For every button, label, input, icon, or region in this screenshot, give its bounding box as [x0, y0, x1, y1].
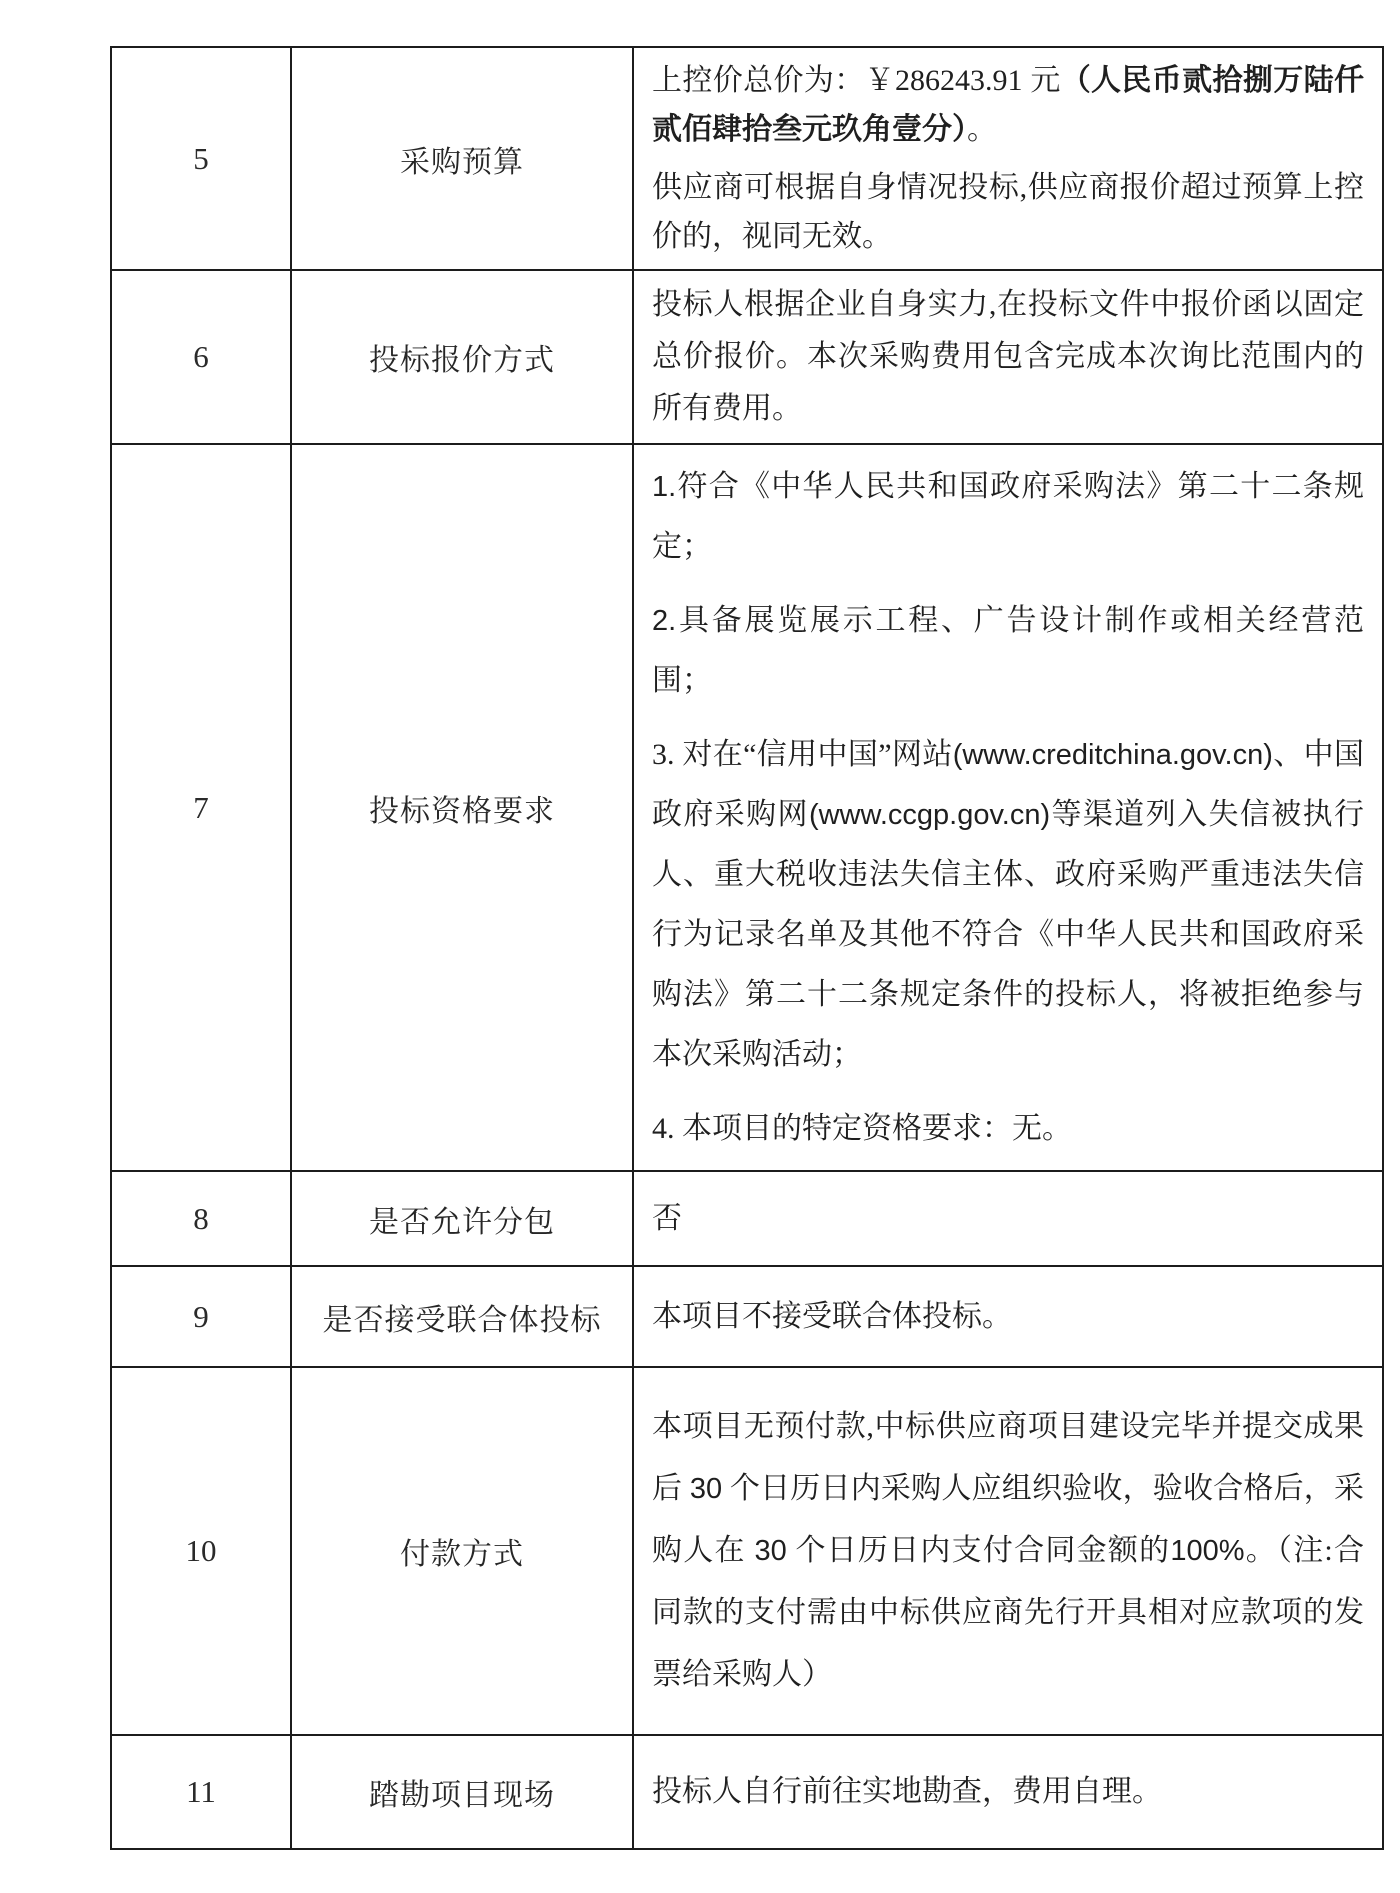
- row-label-cell: 投标报价方式: [291, 270, 633, 444]
- text-segment: 具备展览展示工程、广告设计制作或相关经营范围；: [652, 604, 1364, 697]
- content-paragraph: 1.符合《中华人民共和国政府采购法》第二十二条规定；: [652, 457, 1364, 577]
- table-row: 7投标资格要求1.符合《中华人民共和国政府采购法》第二十二条规定；2.具备展览展…: [111, 444, 1383, 1171]
- text-segment: 否: [652, 1202, 682, 1235]
- row-content-cell: 上控价总价为：￥286243.91 元（人民币贰拾捌万陆仟贰佰肆拾叁元玖角壹分）…: [633, 47, 1383, 270]
- text-segment: 30: [690, 1473, 722, 1505]
- row-number-cell: 5: [111, 47, 291, 270]
- text-segment: 30: [754, 1535, 786, 1567]
- table-body: 5采购预算上控价总价为：￥286243.91 元（人民币贰拾捌万陆仟贰佰肆拾叁元…: [111, 47, 1383, 1849]
- text-segment: 本项目不接受联合体投标。: [652, 1300, 1012, 1333]
- row-number-cell: 8: [111, 1171, 291, 1266]
- row-number-cell: 7: [111, 444, 291, 1171]
- content-paragraph: 供应商可根据自身情况投标,供应商报价超过预算上控价的，视同无效。: [652, 163, 1364, 261]
- text-segment: 符合《中华人民共和国政府采购法》第二十二条规定；: [652, 470, 1364, 563]
- row-label-cell: 投标资格要求: [291, 444, 633, 1171]
- row-number-cell: 9: [111, 1266, 291, 1367]
- text-segment: 4. 本项目的特定资格要求：无。: [652, 1112, 1072, 1145]
- row-label-cell: 踏勘项目现场: [291, 1735, 633, 1849]
- row-number-cell: 6: [111, 270, 291, 444]
- text-segment: 3. 对在“信用中国”网站: [652, 738, 953, 771]
- text-segment: 投标人自行前往实地勘查，费用自理。: [652, 1775, 1162, 1808]
- content-paragraph: 2.具备展览展示工程、广告设计制作或相关经营范围；: [652, 591, 1364, 711]
- table-row: 10付款方式本项目无预付款,中标供应商项目建设完毕并提交成果后 30 个日历日内…: [111, 1367, 1383, 1735]
- row-content-cell: 否: [633, 1171, 1383, 1266]
- text-segment: 投标人根据企业自身实力,在投标文件中报价函以固定总价报价。本次采购费用包含完成本…: [652, 288, 1364, 425]
- text-segment: 上控价总价为：￥286243.91 元: [652, 64, 1061, 97]
- content-paragraph: 投标人根据企业自身实力,在投标文件中报价函以固定总价报价。本次采购费用包含完成本…: [652, 279, 1364, 435]
- content-paragraph: 3. 对在“信用中国”网站(www.creditchina.gov.cn)、中国…: [652, 725, 1364, 1085]
- row-number-cell: 10: [111, 1367, 291, 1735]
- table-row: 6投标报价方式投标人根据企业自身实力,在投标文件中报价函以固定总价报价。本次采购…: [111, 270, 1383, 444]
- content-paragraph: 上控价总价为：￥286243.91 元（人民币贰拾捌万陆仟贰佰肆拾叁元玖角壹分）…: [652, 56, 1364, 154]
- text-segment: 1.: [652, 471, 676, 503]
- row-content-cell: 本项目无预付款,中标供应商项目建设完毕并提交成果后 30 个日历日内采购人应组织…: [633, 1367, 1383, 1735]
- text-segment: (www.creditchina.gov.cn): [953, 739, 1273, 771]
- text-segment: 个日历日内支付合同金额的: [787, 1534, 1171, 1567]
- table-row: 9是否接受联合体投标本项目不接受联合体投标。: [111, 1266, 1383, 1367]
- row-content-cell: 投标人自行前往实地勘查，费用自理。: [633, 1735, 1383, 1849]
- table-row: 5采购预算上控价总价为：￥286243.91 元（人民币贰拾捌万陆仟贰佰肆拾叁元…: [111, 47, 1383, 270]
- text-segment: 供应商可根据自身情况投标,供应商报价超过预算上控价的，视同无效。: [652, 171, 1364, 253]
- text-segment: (www.ccgp.gov.cn): [809, 799, 1050, 831]
- text-segment: 2.: [652, 605, 676, 637]
- row-content-cell: 1.符合《中华人民共和国政府采购法》第二十二条规定；2.具备展览展示工程、广告设…: [633, 444, 1383, 1171]
- text-segment: 100%: [1170, 1535, 1244, 1567]
- procurement-table: 5采购预算上控价总价为：￥286243.91 元（人民币贰拾捌万陆仟贰佰肆拾叁元…: [110, 46, 1384, 1850]
- table-row: 11踏勘项目现场投标人自行前往实地勘查，费用自理。: [111, 1735, 1383, 1849]
- row-content-cell: 本项目不接受联合体投标。: [633, 1266, 1383, 1367]
- row-label-cell: 采购预算: [291, 47, 633, 270]
- row-label-cell: 是否接受联合体投标: [291, 1266, 633, 1367]
- content-paragraph: 否: [652, 1193, 1364, 1245]
- content-paragraph: 本项目不接受联合体投标。: [652, 1291, 1364, 1343]
- content-paragraph: 投标人自行前往实地勘查，费用自理。: [652, 1766, 1364, 1818]
- row-label-cell: 是否允许分包: [291, 1171, 633, 1266]
- content-paragraph: 4. 本项目的特定资格要求：无。: [652, 1099, 1364, 1159]
- row-label-cell: 付款方式: [291, 1367, 633, 1735]
- document-page: 5采购预算上控价总价为：￥286243.91 元（人民币贰拾捌万陆仟贰佰肆拾叁元…: [0, 0, 1400, 1893]
- table-row: 8是否允许分包否: [111, 1171, 1383, 1266]
- row-content-cell: 投标人根据企业自身实力,在投标文件中报价函以固定总价报价。本次采购费用包含完成本…: [633, 270, 1383, 444]
- content-paragraph: 本项目无预付款,中标供应商项目建设完毕并提交成果后 30 个日历日内采购人应组织…: [652, 1396, 1364, 1706]
- row-number-cell: 11: [111, 1735, 291, 1849]
- text-segment: 等渠道列入失信被执行人、重大税收违法失信主体、政府采购严重违法失信行为记录名单及…: [652, 798, 1364, 1071]
- text-segment: 。: [967, 113, 997, 146]
